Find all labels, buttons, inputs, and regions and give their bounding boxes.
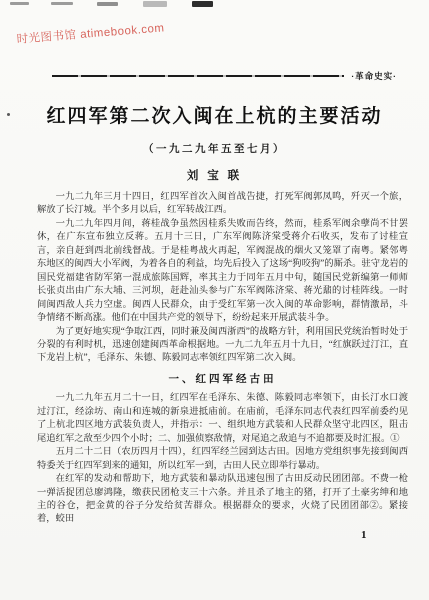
section-paragraph: 在红军的发动和帮助下，地方武装和暴动队迅速包围了古田反动民团团部。不费一枪一弹活… <box>37 473 408 527</box>
intro-paragraph: 为了更好地实现“争取江西，同时兼及闽西浙西”的战略方针，利用国民党统治暂时处于分… <box>37 326 408 366</box>
intro-paragraph: 一九二九年四月间，蒋桂战争虽然因桂系失败而告终，然而，桂系军阀余孽尚不甘罢休，在… <box>37 218 408 326</box>
header-rule-row: ·革命史实· <box>52 70 397 82</box>
article-title: 红四军第二次入闽在上杭的主要活动 <box>0 101 429 128</box>
header-divider-line <box>52 75 344 78</box>
library-watermark: 时光图书馆 atimebook.com <box>16 19 165 47</box>
scan-mark-1 <box>10 2 29 5</box>
section-heading: 一、红四军经古田 <box>37 373 408 386</box>
article-body: 一九二九年三月十四日，红四军首次入闽首战告捷，打死军阀郭凤鸣，歼灭一个旅，解放了… <box>37 191 408 527</box>
scan-mark-2 <box>51 2 73 5</box>
intro-paragraph: 一九二九年三月十四日，红四军首次入闽首战告捷，打死军阀郭凤鸣，歼灭一个旅，解放了… <box>37 191 408 218</box>
scan-mark-4 <box>143 1 167 7</box>
scan-mark-5 <box>192 1 213 7</box>
section-paragraph: 五月二十二日（农历四月十四），红四军经兰园到达古田。因地方党组织事先接到闽西特委… <box>37 446 408 473</box>
section-paragraph: 一九二九年五月二十一日，红四军在毛泽东、朱德、陈毅同志率领下，由长汀水口渡过汀江… <box>37 392 408 446</box>
column-category-label: ·革命史实· <box>351 70 397 82</box>
scan-mark-3 <box>97 2 118 6</box>
article-author: 刘 宝 联 <box>0 167 429 183</box>
scanned-document-page: 时光图书馆 atimebook.com ·革命史实· 红四军第二次入闽在上杭的主… <box>0 0 429 600</box>
article-subtitle: （一九二九年五至七月） <box>0 141 429 156</box>
page-number: 1 <box>361 529 367 541</box>
